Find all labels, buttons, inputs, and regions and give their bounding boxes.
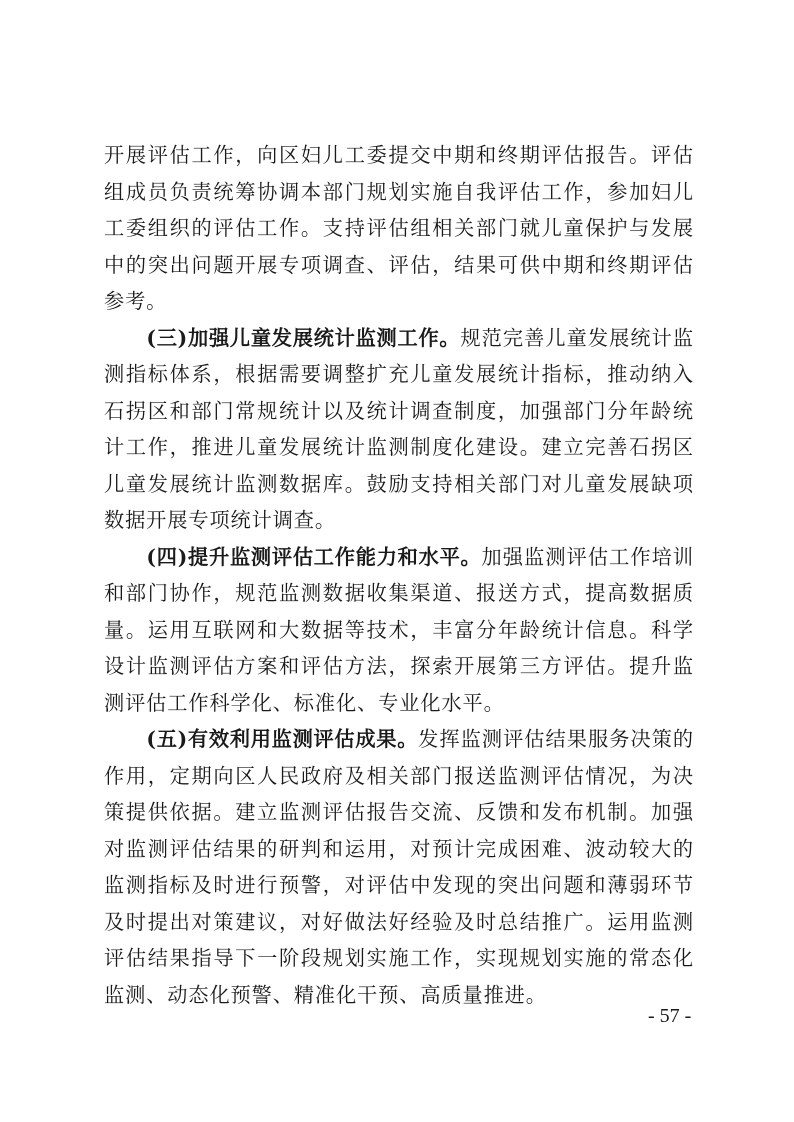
- paragraph-section-3: (三)加强儿童发展统计监测工作。规范完善儿童发展统计监测指标体系，根据需要调整扩…: [104, 320, 694, 539]
- section-heading: (三)加强儿童发展统计监测工作。: [146, 326, 460, 350]
- paragraph-continuation: 开展评估工作，向区妇儿工委提交中期和终期评估报告。评估组成员负责统筹协调本部门规…: [104, 137, 694, 320]
- paragraph-text: 规范完善儿童发展统计监测指标体系，根据需要调整扩充儿童发展统计指标，推动纳入石拐…: [104, 326, 694, 533]
- paragraph-section-4: (四)提升监测评估工作能力和水平。加强监测评估工作培训和部门协作，规范监测数据收…: [104, 539, 694, 722]
- section-heading: (五)有效利用监测评估成果。: [146, 727, 418, 751]
- document-body: 开展评估工作，向区妇儿工委提交中期和终期评估报告。评估组成员负责统筹协调本部门规…: [104, 137, 694, 1013]
- paragraph-text: 开展评估工作，向区妇儿工委提交中期和终期评估报告。评估组成员负责统筹协调本部门规…: [104, 143, 694, 313]
- paragraph-section-5: (五)有效利用监测评估成果。发挥监测评估结果服务决策的作用，定期向区人民政府及相…: [104, 721, 694, 1013]
- paragraph-text: 发挥监测评估结果服务决策的作用，定期向区人民政府及相关部门报送监测评估情况，为决…: [104, 727, 694, 1007]
- paragraph-text: 加强监测评估工作培训和部门协作，规范监测数据收集渠道、报送方式，提高数据质量。运…: [104, 545, 694, 715]
- page-number: - 57 -: [648, 1005, 691, 1028]
- section-heading: (四)提升监测评估工作能力和水平。: [146, 545, 481, 569]
